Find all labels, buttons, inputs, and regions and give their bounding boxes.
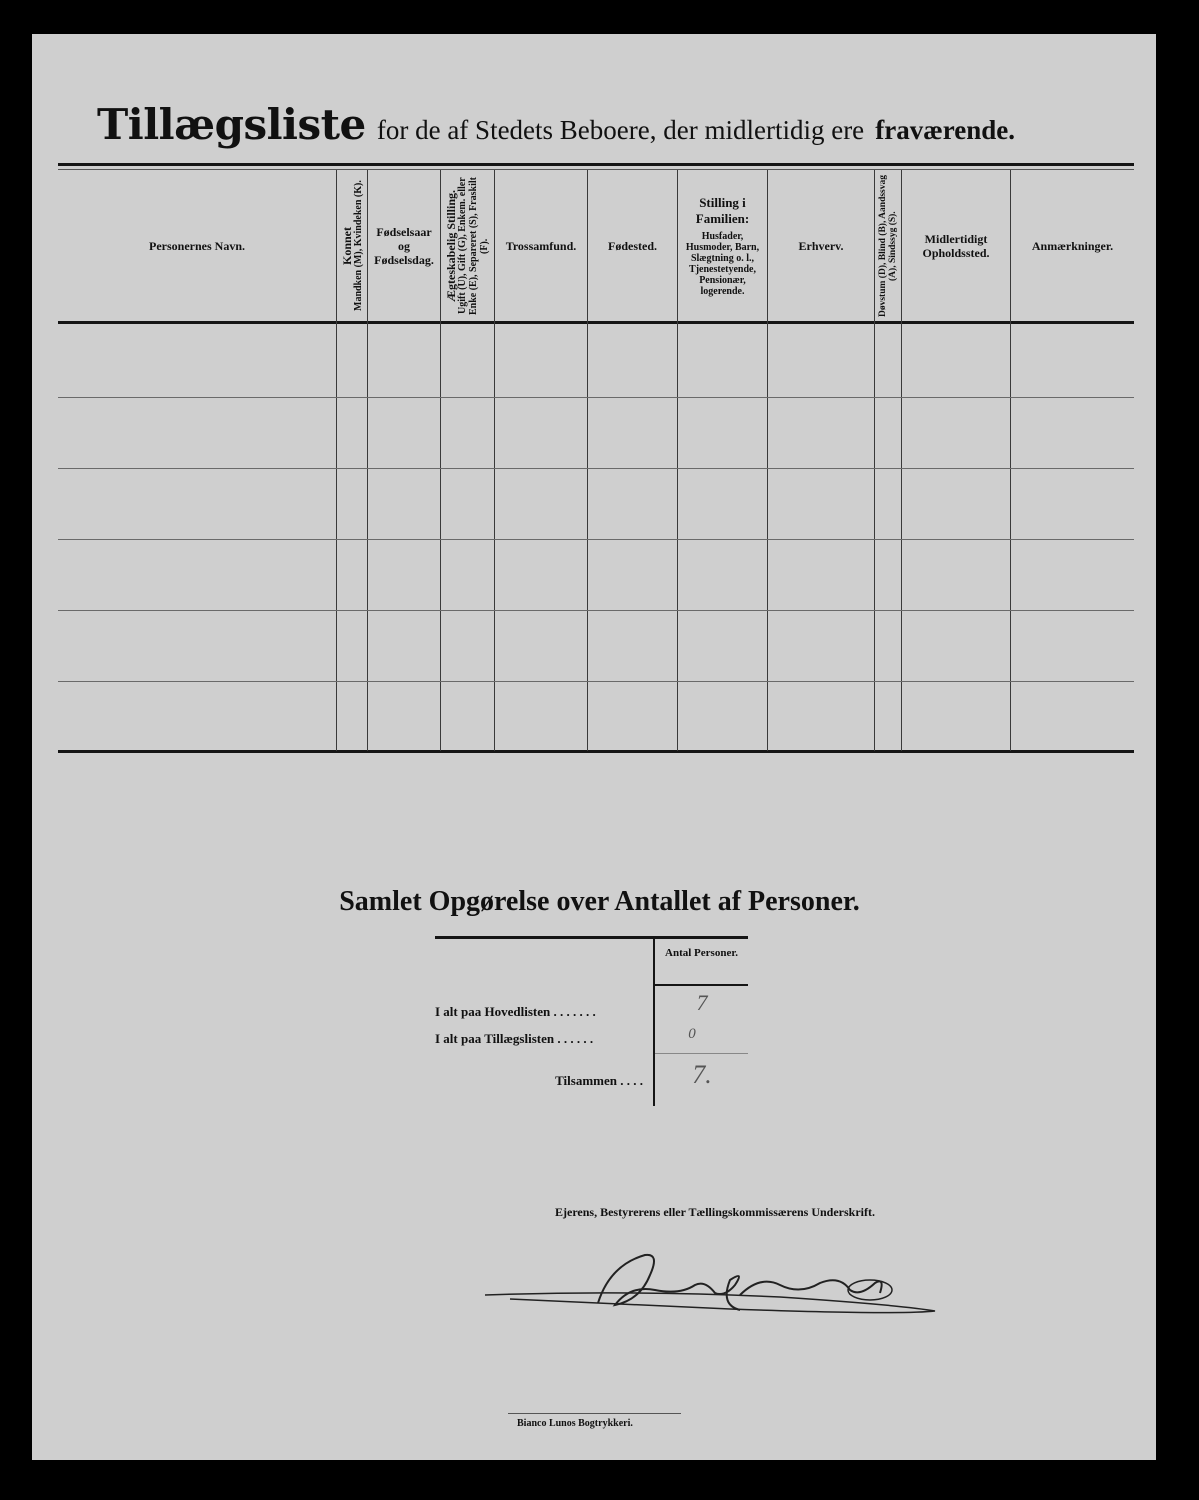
summary-title: Samlet Opgørelse over Antallet af Person… <box>0 886 1199 918</box>
table-row <box>58 469 1134 539</box>
header-fodselsaar: Fødselsaar og Fødselsdag. <box>368 170 440 322</box>
table-row <box>58 540 1134 610</box>
handwritten-signature <box>480 1235 950 1325</box>
table-row <box>58 611 1134 681</box>
signature-label: Ejerens, Bestyrerens eller Tællingskommi… <box>555 1205 875 1220</box>
summary-value-tilsammen: 7. <box>672 1060 732 1090</box>
header-trossamfund: Trossamfund. <box>495 170 587 322</box>
table-bottom-border <box>58 750 1134 753</box>
printer-imprint: Bianco Lunos Bogtrykkeri. <box>517 1418 633 1429</box>
title-emphasis: fraværende. <box>875 115 1015 145</box>
table-row <box>58 398 1134 468</box>
header-konnet: KonnetMandken (M), Kvindeken (K). <box>337 170 367 322</box>
summary-header-rule <box>655 984 748 986</box>
header-anmaerkninger: Anmærkninger. <box>1011 170 1134 322</box>
summary-column-header: Antal Personer. <box>655 946 748 961</box>
summary-value-hovedlisten: 7 <box>672 990 732 1016</box>
header-aegteskabelig-stilling: Ægteskabelig Stilling.Ugift (U), Gift (G… <box>441 170 494 322</box>
header-fodested: Fødested. <box>588 170 677 322</box>
signature-text: Rasmus Effersøe <box>600 1262 601 1263</box>
header-personernes-navn: Personernes Navn. <box>58 170 336 322</box>
printer-rule <box>508 1413 681 1414</box>
table-row <box>58 682 1134 750</box>
summary-label-hovedlisten: I alt paa Hovedlisten . . . . . . . <box>435 1004 647 1020</box>
summary-label-tilsammen: Tilsammen . . . . <box>435 1073 647 1089</box>
header-midlertidigt-opholdssted: Midlertidigt Opholdssted. <box>902 170 1010 322</box>
title-main: Tillægsliste <box>97 100 366 149</box>
summary-total-rule <box>655 1053 748 1054</box>
table-top-border <box>58 163 1134 166</box>
table-row <box>58 325 1134 397</box>
header-stilling-i-familien: Stilling i Familien: Husfader, Husmoder,… <box>678 170 767 322</box>
form-title: Tillægsliste for de af Stedets Beboere, … <box>97 100 1015 149</box>
summary-value-tillaegslisten: 0 <box>672 1026 712 1043</box>
summary-label-tillaegslisten: I alt paa Tillægslisten . . . . . . <box>435 1031 647 1047</box>
header-dovstum-blind: Døvstum (D), Blind (B), Aandssvag (A), S… <box>875 170 901 322</box>
summary-top-border <box>435 936 748 939</box>
title-subtitle: for de af Stedets Beboere, der midlertid… <box>377 115 864 145</box>
header-erhverv: Erhverv. <box>768 170 874 322</box>
summary-vertical-divider <box>653 939 655 1106</box>
